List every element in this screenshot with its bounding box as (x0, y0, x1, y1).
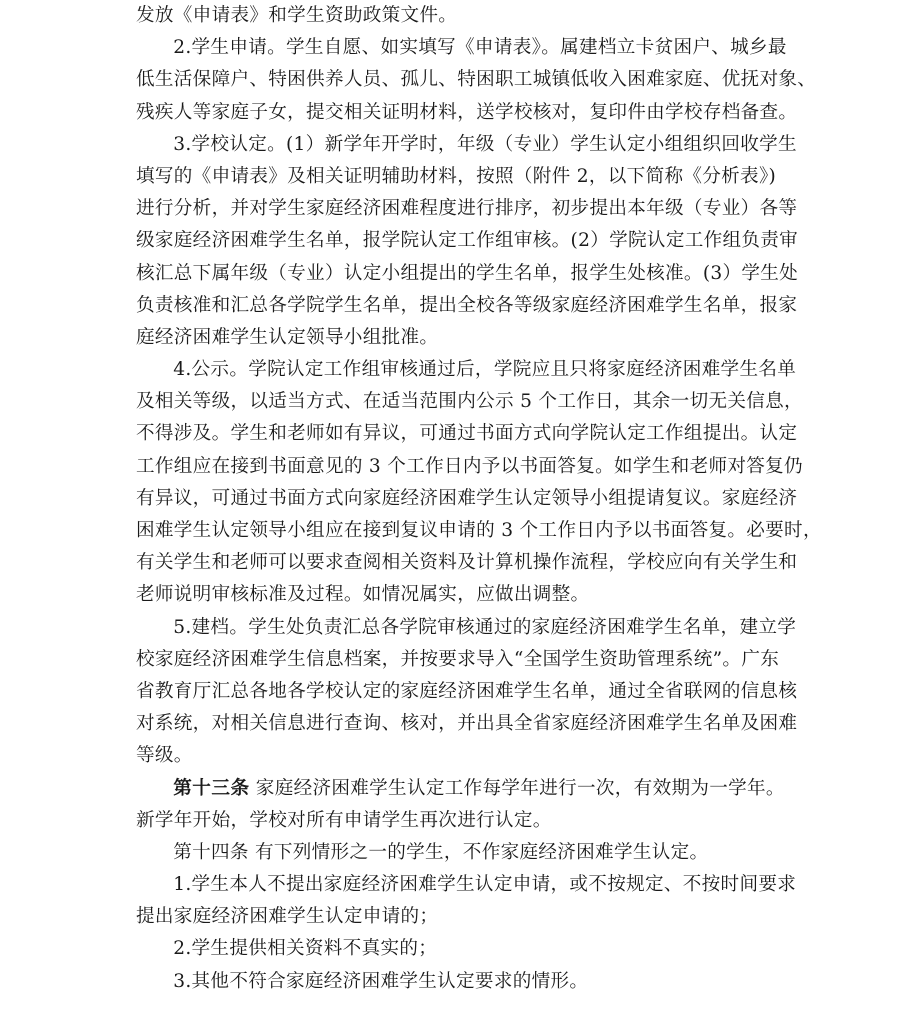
document-page: 发放《申请表》和学生资助政策文件。 2.学生申请。学生自愿、如实填写《申请表》。… (136, 0, 768, 998)
text-line: 2.学生提供相关资料不真实的； (136, 933, 768, 965)
article-heading: 第十三条 (173, 778, 249, 799)
paragraph-article-14-item-3: 3.其他不符合家庭经济困难学生认定要求的情形。 (136, 966, 768, 998)
text-line: 提出家庭经济困难学生认定申请的； (136, 901, 768, 933)
article-text: 家庭经济困难学生认定工作每学年进行一次，有效期为一学年。 (256, 778, 785, 799)
paragraph-item-4-public-notice: 4.公示。学院认定工作组审核通过后，学院应且只将家庭经济困难学生名单 及相关等级… (136, 354, 768, 612)
paragraph-article-13: 第十三条 家庭经济困难学生认定工作每学年进行一次，有效期为一学年。 新学年开始，… (136, 773, 768, 837)
paragraph-continuation: 发放《申请表》和学生资助政策文件。 (136, 0, 768, 32)
text-line: 低生活保障户、特困供养人员、孤儿、特困职工城镇低收入困难家庭、优抚对象、 (136, 64, 768, 96)
text-line: 填写的《申请表》及相关证明辅助材料，按照（附件 2，以下简称《分析表》) (136, 161, 768, 193)
text-line: 2.学生申请。学生自愿、如实填写《申请表》。属建档立卡贫困户、城乡最 (136, 32, 768, 64)
text-line: 老师说明审核标准及过程。如情况属实，应做出调整。 (136, 579, 768, 611)
text-line: 发放《申请表》和学生资助政策文件。 (136, 0, 768, 32)
text-line: 第十三条 家庭经济困难学生认定工作每学年进行一次，有效期为一学年。 (136, 773, 768, 805)
text-line: 有异议，可通过书面方式向家庭经济困难学生认定领导小组提请复议。家庭经济 (136, 483, 768, 515)
text-line: 进行分析，并对学生家庭经济困难程度进行排序，初步提出本年级（专业）各等 (136, 193, 768, 225)
paragraph-item-5-filing: 5.建档。学生处负责汇总各学院审核通过的家庭经济困难学生名单，建立学 校家庭经济… (136, 612, 768, 773)
paragraph-item-3-school-determination: 3.学校认定。(1）新学年开学时，年级（专业）学生认定小组组织回收学生 填写的《… (136, 129, 768, 354)
text-line: 级家庭经济困难学生名单，报学院认定工作组审核。(2）学院认定工作组负责审 (136, 225, 768, 257)
text-line: 困难学生认定领导小组应在接到复议申请的 3 个工作日内予以书面答复。必要时， (136, 515, 768, 547)
paragraph-article-14: 第十四条 有下列情形之一的学生，不作家庭经济困难学生认定。 (136, 837, 768, 869)
paragraph-article-14-item-2: 2.学生提供相关资料不真实的； (136, 933, 768, 965)
text-line: 3.学校认定。(1）新学年开学时，年级（专业）学生认定小组组织回收学生 (136, 129, 768, 161)
text-line: 有关学生和老师可以要求查阅相关资料及计算机操作流程，学校应向有关学生和 (136, 547, 768, 579)
text-line: 省教育厅汇总各地各学校认定的家庭经济困难学生名单，通过全省联网的信息核 (136, 676, 768, 708)
text-line: 负责核准和汇总各学院学生名单，提出全校各等级家庭经济困难学生名单，报家 (136, 290, 768, 322)
text-line: 工作组应在接到书面意见的 3 个工作日内予以书面答复。如学生和老师对答复仍 (136, 451, 768, 483)
text-line: 3.其他不符合家庭经济困难学生认定要求的情形。 (136, 966, 768, 998)
text-line: 5.建档。学生处负责汇总各学院审核通过的家庭经济困难学生名单，建立学 (136, 612, 768, 644)
text-line: 第十四条 有下列情形之一的学生，不作家庭经济困难学生认定。 (136, 837, 768, 869)
text-line: 等级。 (136, 740, 768, 772)
text-line: 4.公示。学院认定工作组审核通过后，学院应且只将家庭经济困难学生名单 (136, 354, 768, 386)
text-line: 新学年开始，学校对所有申请学生再次进行认定。 (136, 805, 768, 837)
text-line: 对系统，对相关信息进行查询、核对，并出具全省家庭经济困难学生名单及困难 (136, 708, 768, 740)
text-line: 1.学生本人不提出家庭经济困难学生认定申请，或不按规定、不按时间要求 (136, 869, 768, 901)
text-line: 庭经济困难学生认定领导小组批准。 (136, 322, 768, 354)
text-line: 核汇总下属年级（专业）认定小组提出的学生名单，报学生处核准。(3）学生处 (136, 258, 768, 290)
paragraph-article-14-item-1: 1.学生本人不提出家庭经济困难学生认定申请，或不按规定、不按时间要求 提出家庭经… (136, 869, 768, 933)
text-line: 残疾人等家庭子女，提交相关证明材料，送学校核对，复印件由学校存档备查。 (136, 97, 768, 129)
text-line: 不得涉及。学生和老师如有异议，可通过书面方式向学院认定工作组提出。认定 (136, 418, 768, 450)
paragraph-item-2-student-application: 2.学生申请。学生自愿、如实填写《申请表》。属建档立卡贫困户、城乡最 低生活保障… (136, 32, 768, 129)
text-line: 及相关等级，以适当方式、在适当范围内公示 5 个工作日，其余一切无关信息， (136, 386, 768, 418)
text-line: 校家庭经济困难学生信息档案，并按要求导入“全国学生资助管理系统”。广东 (136, 644, 768, 676)
